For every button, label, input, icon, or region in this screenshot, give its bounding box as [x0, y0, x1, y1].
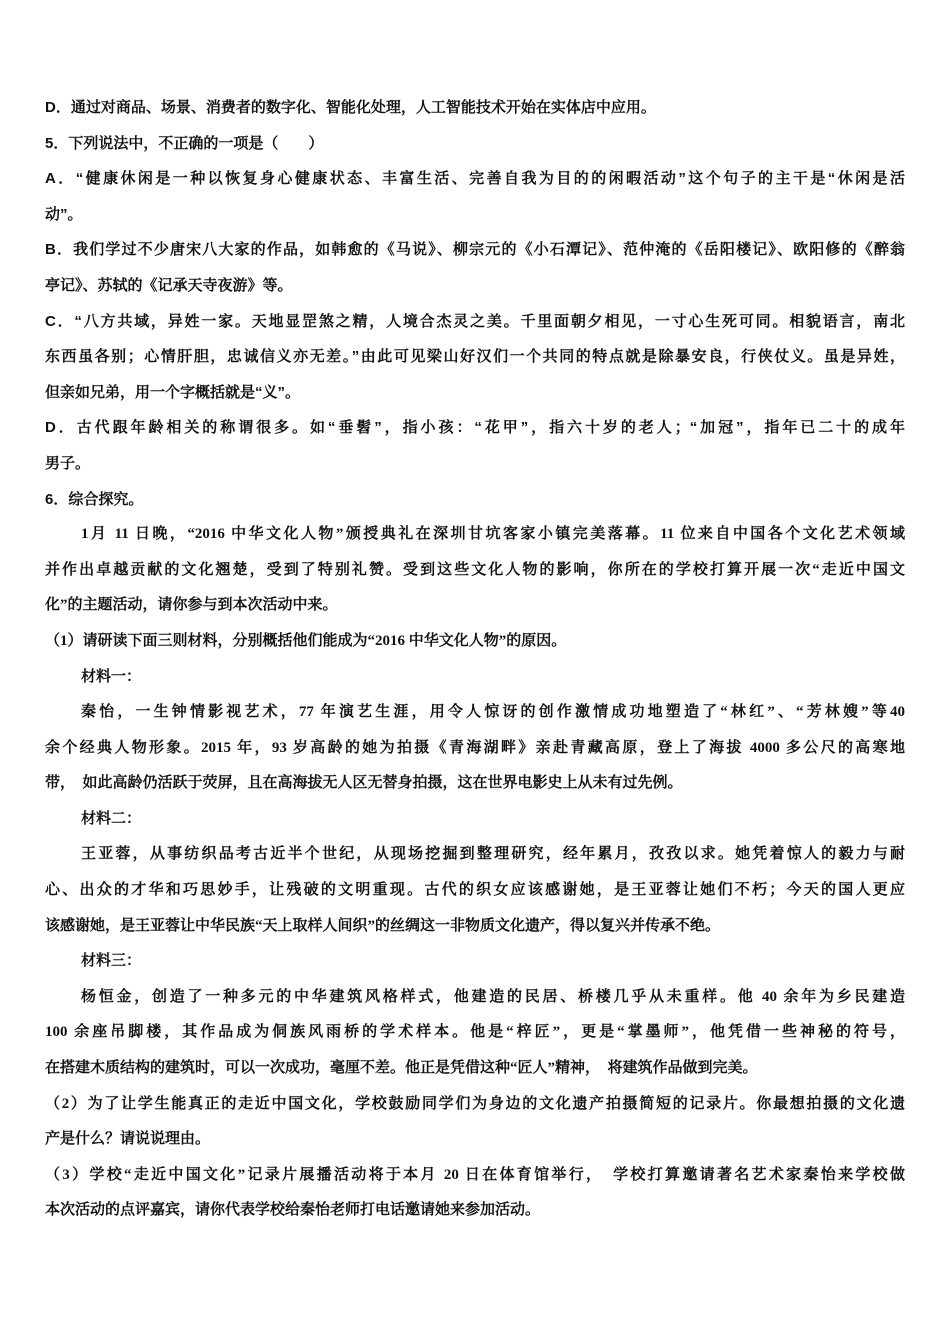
doc-line-19: 余个经典人物形象。2015 年，93 岁高龄的她为拍摄《青海湖畔》亲赴青藏高原，…	[45, 731, 905, 767]
doc-line-14: 并作出卓越贡献的文化翘楚，受到了特别礼赞。受到这些文化人物的影响，你所在的学校打…	[45, 553, 905, 589]
exam-text-block: D．通过对商品、场景、消费者的数字化、智能化处理，人工智能技术开始在实体店中应用…	[45, 90, 905, 1229]
doc-line-12: 6．综合探究。	[45, 482, 905, 518]
doc-line-27: 100 余座吊脚楼，其作品成为侗族风雨桥的学术样本。他是“梓匠”，更是“掌墨师”…	[45, 1015, 905, 1051]
doc-line-29: （2）为了让学生能真正的走近中国文化，学校鼓励同学们为身边的文化遗产拍摄简短的记…	[45, 1087, 905, 1123]
doc-line-18: 秦怡，一生钟情影视艺术，77 年演艺生涯，用令人惊讶的创作激情成功地塑造了“林红…	[45, 695, 905, 731]
doc-line-28: 在搭建木质结构的建筑时，可以一次成功，毫厘不差。他正是凭借这种“匠人”精神， 将…	[45, 1051, 905, 1087]
doc-line-13: 1月 11 日晚，“2016 中华文化人物”颁授典礼在深圳甘坑客家小镇完美落幕。…	[45, 517, 905, 553]
doc-line-22: 王亚蓉，从事纺织品考古近半个世纪，从现场挖掘到整理研究，经年累月，孜孜以求。她凭…	[45, 837, 905, 873]
exam-document-page: D．通过对商品、场景、消费者的数字化、智能化处理，人工智能技术开始在实体店中应用…	[0, 0, 950, 1344]
doc-line-25: 材料三：	[45, 944, 905, 980]
doc-line-20: 带， 如此高龄仍活跃于荧屏，且在高海拔无人区无替身拍摄，这在世界电影史上从未有过…	[45, 766, 905, 802]
doc-line-24: 该感谢她，是王亚蓉让中华民族“天上取样人间织”的丝绸这一非物质文化遗产，得以复兴…	[45, 909, 905, 945]
doc-line-5: B．我们学过不少唐宋八大家的作品，如韩愈的《马说》、柳宗元的《小石潭记》、范仲淹…	[45, 232, 905, 268]
doc-line-2: 5．下列说法中，不正确的一项是（ ）	[45, 126, 905, 162]
doc-line-8: 东西虽各别；心情肝胆，忠诚信义亦无差。”由此可见梁山好汉们一个共同的特点就是除暴…	[45, 339, 905, 375]
doc-line-6: 亭记》、苏轼的《记承天寺夜游》等。	[45, 268, 905, 304]
doc-line-1: D．通过对商品、场景、消费者的数字化、智能化处理，人工智能技术开始在实体店中应用…	[45, 90, 905, 126]
doc-line-16: （1）请研读下面三则材料，分别概括他们能成为“2016 中华文化人物”的原因。	[45, 624, 905, 660]
doc-line-7: C．“八方共域，异姓一家。天地显罡煞之精，人境合杰灵之美。千里面朝夕相见，一寸心…	[45, 304, 905, 340]
doc-line-23: 心、出众的才华和巧思妙手，让残破的文明重现。古代的织女应该感谢她，是王亚蓉让她们…	[45, 873, 905, 909]
doc-line-4: 动”。	[45, 197, 905, 233]
doc-line-17: 材料一：	[45, 660, 905, 696]
doc-line-30: 产是什么？请说说理由。	[45, 1122, 905, 1158]
doc-line-10: D．古代跟年龄相关的称谓很多。如“垂髫”，指小孩：“花甲”，指六十岁的老人；“加…	[45, 410, 905, 446]
doc-line-26: 杨恒金，创造了一种多元的中华建筑风格样式，他建造的民居、桥楼几乎从未重样。他 4…	[45, 980, 905, 1016]
doc-line-31: （3）学校“走近中国文化”记录片展播活动将于本月 20 日在体育馆举行， 学校打…	[45, 1158, 905, 1194]
doc-line-9: 但亲如兄弟，用一个字概括就是“义”。	[45, 375, 905, 411]
doc-line-15: 化”的主题活动，请你参与到本次活动中来。	[45, 588, 905, 624]
doc-line-21: 材料二：	[45, 802, 905, 838]
doc-line-32: 本次活动的点评嘉宾，请你代表学校给秦怡老师打电话邀请她来参加活动。	[45, 1193, 905, 1229]
doc-line-3: A．“健康休闲是一种以恢复身心健康状态、丰富生活、完善自我为目的的闲暇活动”这个…	[45, 161, 905, 197]
doc-line-11: 男子。	[45, 446, 905, 482]
